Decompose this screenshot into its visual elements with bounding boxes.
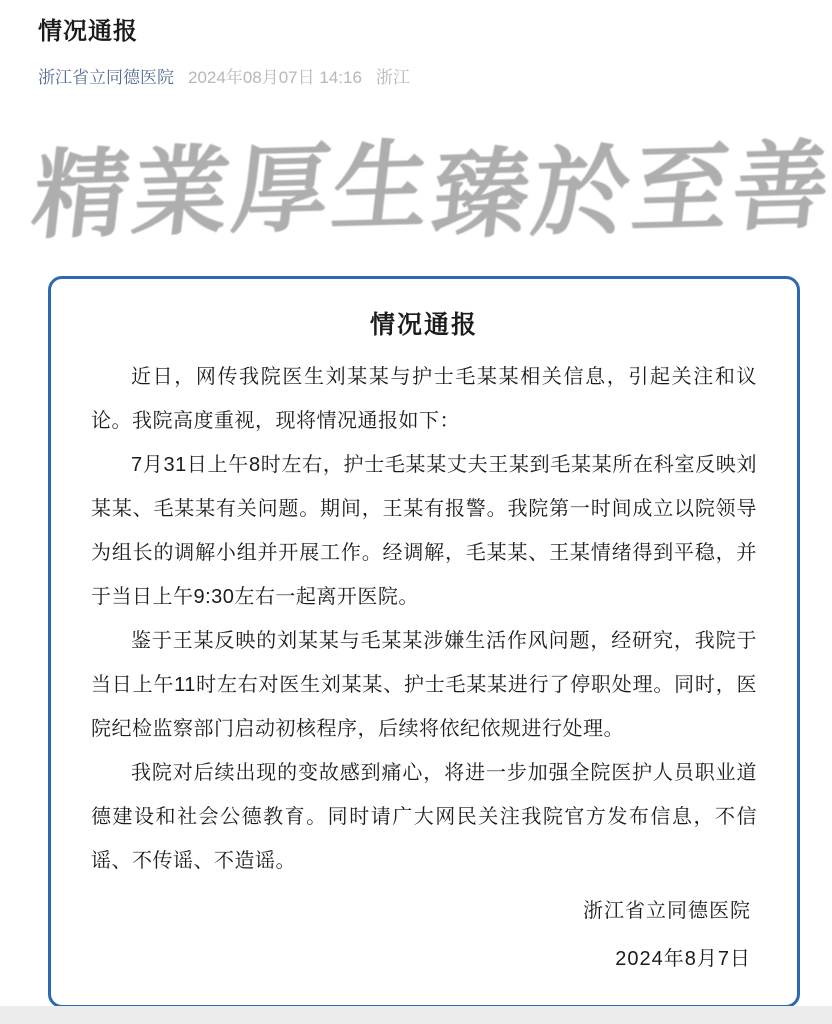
- page-title: 情况通报: [38, 16, 794, 47]
- article-meta: 浙江省立同德医院 2024年08月07日 14:16 浙江: [38, 63, 794, 88]
- notice-paragraph: 鉴于王某反映的刘某某与毛某某涉嫌生活作风问题，经研究，我院于当日上午11时左右对…: [91, 619, 757, 751]
- publish-datetime: 2024年08月07日 14:16: [188, 63, 362, 88]
- notice-box: 情况通报 近日，网传我院医生刘某某与护士毛某某相关信息，引起关注和议论。我院高度…: [48, 276, 800, 1008]
- calligraphy-motto-left: 精業厚生: [26, 112, 442, 254]
- notice-sign-block: 浙江省立同德医院 2024年8月7日: [91, 887, 757, 983]
- page-bottom-divider: [0, 1006, 832, 1024]
- source-account-link[interactable]: 浙江省立同德医院: [38, 63, 174, 88]
- notice-body: 近日，网传我院医生刘某某与护士毛某某相关信息，引起关注和议论。我院高度重视，现将…: [91, 355, 757, 883]
- notice-title: 情况通报: [91, 305, 757, 341]
- notice-paragraph: 近日，网传我院医生刘某某与护士毛某某相关信息，引起关注和议论。我院高度重视，现将…: [91, 355, 757, 443]
- calligraphy-motto-right: 臻於至善: [426, 112, 832, 254]
- notice-sign-date: 2024年8月7日: [91, 935, 751, 983]
- article-page: 情况通报 浙江省立同德医院 2024年08月07日 14:16 浙江 精業厚生 …: [0, 0, 832, 1024]
- article-header: 情况通报 浙江省立同德医院 2024年08月07日 14:16 浙江: [0, 0, 832, 88]
- calligraphy-banner: 精業厚生 臻於至善: [0, 112, 832, 254]
- publish-location: 浙江: [376, 63, 410, 88]
- notice-paragraph: 我院对后续出现的变故感到痛心，将进一步加强全院医护人员职业道德建设和社会公德教育…: [91, 751, 757, 883]
- notice-signature: 浙江省立同德医院: [91, 887, 751, 935]
- notice-paragraph: 7月31日上午8时左右，护士毛某某丈夫王某到毛某某所在科室反映刘某某、毛某某有关…: [91, 443, 757, 619]
